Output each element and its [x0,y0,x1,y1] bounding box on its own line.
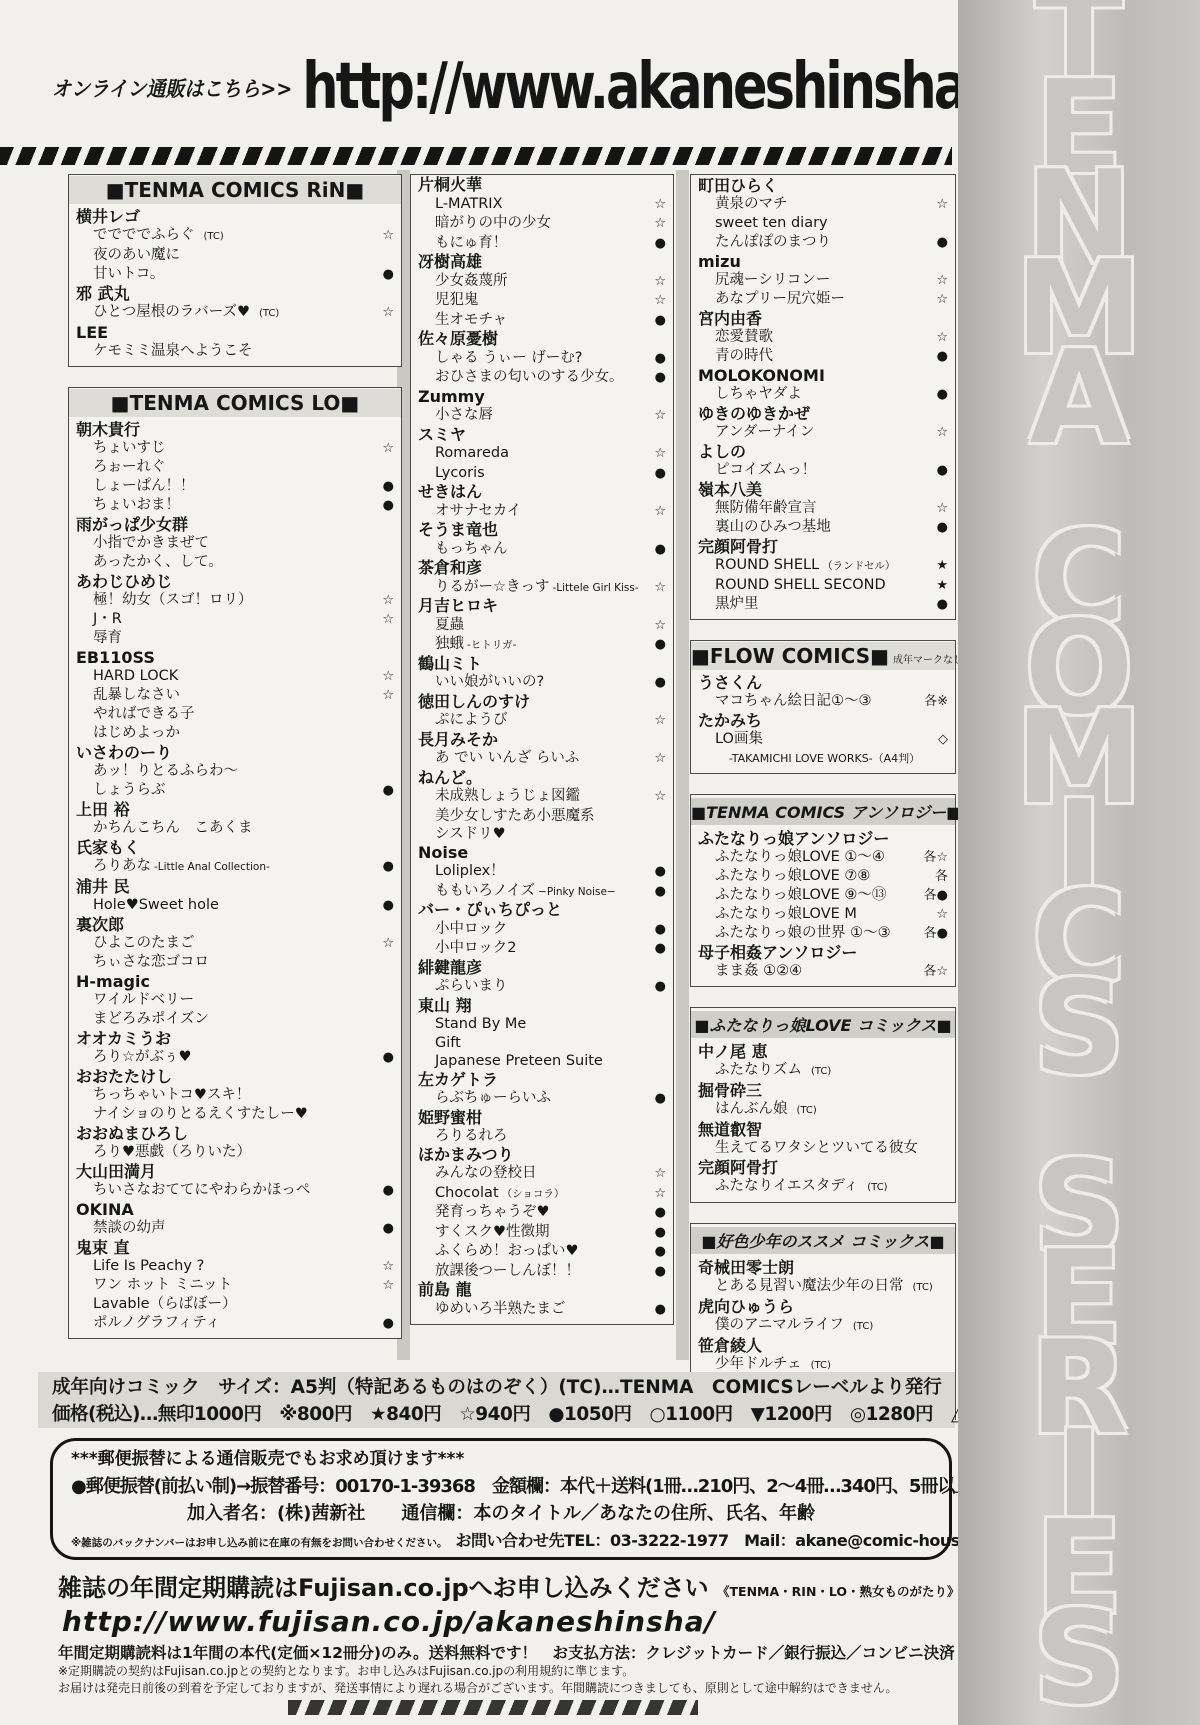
title-row: ちょいおま！● [76,496,394,515]
author-name: あわじひめじ [76,572,394,591]
catalog-column-left: ■TENMA COMICS RiN■横井レゴででででふらぐ(TC)☆夜のあい魔に… [68,174,402,1359]
book-title: みんなの登校日 [435,1164,537,1183]
book-title: HARD LOCK [93,667,178,686]
title-row: 夜のあい魔に [76,246,394,265]
book-title: J・R [93,610,122,629]
price-mark: ☆ [648,503,666,522]
series-sidebar: T E N M A C O M I C S S E R I E S [958,0,1200,1725]
catalog-block: ■FLOW COMICS■成年マークなしうさくんマコちゃん絵日記①〜③各※たかみ… [690,640,956,774]
book-title: ひよこのたまご [93,934,195,953]
title-row: 小さな唇☆ [418,406,666,426]
author-name: ねんど。 [418,769,666,788]
subscription-delivery-note: お届けは発売日前後の到着を予定しておりますが、発送事情により遅れる場合がございま… [58,1680,953,1697]
book-title: ぷにようび [435,711,508,730]
book-title: ケモミミ温泉へようこそ [93,342,253,361]
title-row: ももいろノイズ−Pinky Noise−● [418,882,666,902]
book-title: 極！幼女（スゴ！ロリ） [93,591,253,610]
book-title: ふたなりズム [715,1061,802,1080]
price-marks-legend: 価格(税込)…無印1000円 ※800円 ★840円 ☆940円 ●1050円 … [52,1401,941,1428]
price-mark: 各 [929,867,948,886]
price-mark: ● [931,233,948,252]
book-title: あなプリー尻穴姫ー [715,290,845,309]
book-title: しちゃヤダよ [715,385,802,404]
book-title: すくスク♥性徴期 [435,1223,550,1242]
title-row: ケモミミ温泉へようこそ [76,342,394,361]
author-name: おおたたけし [76,1067,394,1086]
author-name: 冴樹高雄 [418,253,666,272]
price-mark: ● [649,863,666,882]
author-name: いさわのーり [76,743,394,762]
book-title: ふたなりっ娘LOVE ⑨〜⑬ [715,886,886,905]
author-name: 東山 翔 [418,997,666,1016]
title-row: ろりあな-Little Anal Collection-● [76,857,394,877]
author-name: 姫野蜜柑 [418,1109,666,1128]
title-row: ふたなりズム(TC) [698,1061,948,1081]
title-row: Lavable（らばぼー） [76,1295,394,1314]
tc-label: (TC) [259,304,279,323]
title-row: Chocolat（ショコラ）☆ [418,1184,666,1204]
title-row: ポルノグラフィティ● [76,1314,394,1333]
tc-label: (TC) [867,1178,887,1197]
book-title: ひとつ屋根のラバーズ♥ [93,303,250,322]
postal-payee-info: 加入者名：(株)茜新社 通信欄：本のタイトル／あなたの住所、氏名、年齢 [71,1500,931,1527]
book-title: ピコイズムっ！ [715,461,816,480]
price-mark: ● [649,1090,666,1109]
title-row: ふたなりっ娘LOVE ①〜④各☆ [698,848,948,867]
title-row: ワイルドベリー [76,991,394,1010]
author-name: 佐々原憂樹 [418,330,666,349]
title-row: ひよこのたまご☆ [76,934,394,953]
book-title: 小さな唇 [435,406,493,425]
price-mark: ● [377,781,394,800]
price-mark: ● [649,921,666,940]
title-row: ぷにようび☆ [418,711,666,731]
title-row: りるがー☆きっす-Littele Girl Kiss-☆ [418,578,666,598]
title-row: ゆめいろ半熟たまご● [418,1300,666,1320]
section-header: ■ふたなりっ娘LOVE コミックス■ [691,1011,955,1038]
contact-info: お問い合わせ先TEL：03-3222-1977 Mail：akane@comic… [455,1527,1016,1554]
title-row: L-MATRIX☆ [418,195,666,215]
book-title: ふくらめ！おっぱい♥ [435,1242,579,1261]
title-row: ROUND SHELL（ランドセル）★ [698,556,948,576]
book-title: Lycoris [435,464,485,483]
book-title: しゃる うぃー げーむ? [435,349,582,368]
price-mark: ☆ [648,1185,666,1204]
book-title: 暗がりの中の少女 [435,214,551,233]
book-title: Japanese Preteen Suite [435,1052,603,1071]
title-row: ROUND SHELL SECOND★ [698,576,948,595]
price-mark: ● [377,1314,394,1333]
price-mark: ☆ [930,271,948,290]
title-row: マコちゃん絵日記①〜③各※ [698,692,948,711]
catalog-block: ■TENMA COMICS LO■朝木貴行ちょいすじ☆ろぉーれぐしょーぱん！！●… [68,387,402,1339]
book-title: 小中ロック2 [435,939,516,958]
price-mark: ● [649,1243,666,1262]
online-shop-lead-text: オンライン通販はこちら>> [52,73,292,103]
price-mark: ● [649,1224,666,1243]
book-title: 黒炉里 [715,595,759,614]
book-title: しょうらぶ [93,781,166,800]
book-title: ふたなりっ娘LOVE M [715,905,857,924]
author-name: ほかまみつり [418,1146,666,1165]
title-row: 独蛾-ヒトリガ-● [418,635,666,655]
book-title: まま姦 ①②④ [715,962,802,981]
author-name: EB110SS [76,648,394,667]
book-title: ででででふらぐ [93,226,195,245]
title-row: 恋愛賛歌☆ [698,328,948,347]
title-row: あなプリー尻穴姫ー☆ [698,290,948,309]
title-row: おひさまの匂いのする少女。● [418,368,666,388]
book-title: 発育っちゃうぞ♥ [435,1203,550,1222]
price-mark: ● [377,265,394,284]
tc-label: (TC) [853,1317,873,1336]
catalog-block: ■ふたなりっ娘LOVE コミックス■中ノ尾 恵ふたなりズム(TC)掘骨砕三はんぶ… [690,1007,956,1203]
book-title: マコちゃん絵日記①〜③ [715,692,872,711]
author-name: 雨がっぱ少女群 [76,515,394,534]
title-row: 裏山のひみつ基地● [698,518,948,537]
book-title: アンダーナイン [715,423,814,442]
author-name: おおぬまひろし [76,1124,394,1143]
price-mark: ● [377,857,394,876]
title-row: 乱暴しなさい☆ [76,686,394,705]
title-row: らぶちゅーらいふ● [418,1089,666,1109]
title-row: Loliplex！● [418,862,666,882]
price-mark: 各☆ [917,848,948,867]
price-mark: 各☆ [917,962,948,981]
title-row: 児犯鬼☆ [418,291,666,311]
title-row: はんぶん娘(TC) [698,1100,948,1120]
price-mark: ☆ [648,712,666,731]
price-mark: ☆ [648,407,666,426]
price-mark: ☆ [930,195,948,214]
author-name: 長月みそか [418,731,666,750]
title-row: しょうらぶ● [76,781,394,800]
author-name: Noise [418,844,666,863]
book-title: ぷらいまり [435,977,508,996]
author-name: 無道叡智 [698,1120,948,1139]
author-name: うさくん [698,673,948,692]
book-title: あ でい いんざ らいふ [435,749,579,768]
title-row: ワン ホット ミニット☆ [76,1276,394,1295]
title-row: 無防備年齢宣言☆ [698,499,948,518]
author-name: ゆきのゆきかぜ [698,404,948,423]
title-row: 黒炉里● [698,595,948,614]
title-row: ふくらめ！おっぱい♥● [418,1242,666,1262]
subscription-fee-note: 年間定期購読料は1年間の本代(定価×12冊分)のみ。送料無料です！ お支払方法：… [58,1641,953,1663]
price-mark: ● [649,674,666,693]
price-mark: ● [649,883,666,902]
author-name: 虎向ひゅうら [698,1297,948,1316]
book-title: 尻魂ーシリコンー [715,271,830,290]
author-name: 嶺本八美 [698,480,948,499]
author-name: オオカミうお [76,1029,394,1048]
title-row: ちぃさな恋ゴコロ [76,953,394,972]
title-row: オサナセカイ☆ [418,502,666,522]
price-mark: 各※ [918,692,948,711]
tc-label: (TC) [811,1062,831,1081]
title-row: ろりるれろ [418,1127,666,1146]
title-subtext: -Little Anal Collection- [154,858,270,877]
price-mark: ☆ [376,934,394,953]
title-row: あッ！りとるふらわ〜 [76,762,394,781]
title-row: 生えてるワタシとツいてる彼女 [698,1139,948,1158]
price-mark: ☆ [648,788,666,807]
author-name: 掘骨砕三 [698,1081,948,1100]
book-title: Lavable（らばぼー） [93,1295,237,1314]
price-mark: ● [377,477,394,496]
title-row: あったかく、して。 [76,553,394,572]
book-title: ちっちゃいトコ♥スキ！ [93,1086,250,1105]
book-title: 夏蟲 [435,616,464,635]
postal-order-box: ***郵便振替による通信販売でもお求め頂けます*** ●郵便振替(前払い制)→振… [50,1438,952,1560]
title-row: ふたなりっ娘LOVE M☆ [698,905,948,924]
author-name: 邪 武丸 [76,284,394,303]
author-name: OKINA [76,1200,394,1219]
book-title: まどろみポイズン [93,1010,209,1029]
price-mark: ☆ [648,196,666,215]
title-row: 小中ロック2● [418,939,666,959]
price-mark: ☆ [376,439,394,458]
title-row: ぷらいまり● [418,977,666,997]
title-subtext: -Littele Girl Kiss- [553,579,639,598]
book-title: 夜のあい魔に [93,246,180,265]
book-title: ワイルドベリー [93,991,194,1010]
book-title: ちいさなおててにやわらかほっぺ [93,1181,310,1200]
book-title: ポルノグラフィティ [93,1314,220,1333]
title-row: ふたなりっ娘の世界 ①〜③各● [698,924,948,943]
section-header: ■TENMA COMICS RiN■ [69,176,401,204]
online-shop-header: オンライン通販はこちら>> http://www.akaneshinsha.co… [52,58,942,117]
book-title: ももいろノイズ [435,882,535,901]
price-mark: ● [649,541,666,560]
title-row: 甘いトコ。● [76,265,394,284]
book-title: 独蛾 [435,635,464,654]
price-mark: ☆ [376,226,394,245]
sidebar-vertical-text: T E N M A C O M I C S S E R I E S [958,0,1200,1704]
title-row: Japanese Preteen Suite [418,1052,666,1071]
price-mark: ☆ [376,591,394,610]
author-name: たかみち [698,711,948,730]
title-row: ふたなりイエスタディ(TC) [698,1177,948,1197]
price-mark: ☆ [930,905,948,924]
author-name: スミヤ [418,426,666,445]
title-row: Lycoris● [418,464,666,484]
title-row: 生オモチャ● [418,311,666,331]
tc-label: (TC) [204,227,224,246]
backnumber-note: ※雑誌のバックナンバーはお申し込み前に在庫の有無をお問い合わせください。 [71,1530,447,1557]
author-name: 左カゲトラ [418,1071,666,1090]
author-name: 氏家もく [76,838,394,857]
title-row: 夏蟲☆ [418,616,666,636]
author-name: 鬼束 直 [76,1238,394,1257]
title-row: J・R☆ [76,610,394,629]
price-mark: ● [931,461,948,480]
title-row: みんなの登校日☆ [418,1164,666,1184]
title-row: たんぽぽのまつり● [698,233,948,252]
title-row: もっちゃん● [418,540,666,560]
title-row: 僕のアニマルライフ(TC) [698,1316,948,1336]
section-header: ■TENMA COMICS アンソロジー■ [691,798,955,825]
price-mark: ◇ [932,730,948,749]
title-subtext: （ランドセル） [822,557,895,576]
book-title: Stand By Me [435,1015,526,1034]
title-row: はじめよっか [76,724,394,743]
author-name: バー・ぴぃちぴっと [418,901,666,920]
price-mark: ☆ [930,290,948,309]
book-title: 甘いトコ。 [93,265,164,284]
catalog-column-middle: 片桐火華L-MATRIX☆暗がりの中の少女☆もにゅ育！●冴樹高雄少女姦蔑所☆児犯… [410,174,674,1345]
book-title: 小指でかきまぜて [93,534,209,553]
title-row: 黄泉のマチ☆ [698,195,948,214]
postal-transfer-info: ●郵便振替(前払い制)→振替番号：00170-1-39368 金額欄：本代＋送料… [71,1473,931,1500]
stripe-band-top [0,147,952,165]
book-title: 青の時代 [715,347,773,366]
book-title: 少女姦蔑所 [435,272,508,291]
book-title: 美少女しすたあ小悪魔系 [435,807,595,826]
author-name: ふたなりっ娘アンソロジー [698,829,948,848]
title-row: Gift [418,1034,666,1053]
author-name: そうま竜也 [418,521,666,540]
title-row: もにゅ育！● [418,234,666,254]
price-mark: ☆ [930,328,948,347]
price-mark: ☆ [648,215,666,234]
price-mark: ● [649,1263,666,1282]
book-title: 生オモチャ [435,311,507,330]
price-mark: ● [931,518,948,537]
title-row: 少女姦蔑所☆ [418,272,666,292]
tc-label: (TC) [797,1101,817,1120]
price-mark: ☆ [648,579,666,598]
title-row: まどろみポイズン [76,1010,394,1029]
book-title: かちんこちん こあくま [93,819,253,838]
book-title: おひさまの匂いのする少女。 [435,368,624,387]
book-title: いい娘がいいの? [435,673,544,692]
title-row: 未成熟しょうじょ図鑑☆ [418,787,666,807]
format-note: 成年向けコミック サイズ：A5判（特記あるものはのぞく） [52,1374,558,1401]
author-name: 宮内由香 [698,309,948,328]
book-title: あッ！りとるふらわ〜 [93,762,238,781]
book-title: しょーぱん！！ [93,477,195,496]
title-row: Hole♥Sweet hole● [76,896,394,915]
title-row: しちゃヤダよ● [698,385,948,404]
author-name: 完顔阿骨打 [698,537,948,556]
book-title: sweet ten diary [715,214,828,233]
price-mark: ☆ [376,667,394,686]
title-row: かちんこちん こあくま [76,819,394,838]
title-row: 禁談の幼声● [76,1219,394,1238]
postal-order-title: ***郵便振替による通信販売でもお求め頂けます*** [71,1446,931,1473]
author-name: 前島 龍 [418,1281,666,1300]
price-mark: ☆ [930,499,948,518]
book-title: Chocolat [435,1184,499,1203]
fujisan-url: http://www.fujisan.co.jp/akaneshinsha/ [62,1605,953,1638]
author-name: 徳田しんのすけ [418,693,666,712]
section-header: ■TENMA COMICS LO■ [69,389,401,417]
price-mark: ☆ [376,610,394,629]
title-row: 小中ロック● [418,920,666,940]
title-row: ちょいすじ☆ [76,439,394,458]
price-mark: ● [377,496,394,515]
book-title: 無防備年齢宣言 [715,499,817,518]
book-title: ろりるれろ [435,1127,508,1146]
author-name: 裏次郎 [76,915,394,934]
author-name: 大山田満月 [76,1162,394,1181]
price-mark: ☆ [930,423,948,442]
author-name: LEE [76,323,394,342]
title-row: 小指でかきまぜて [76,534,394,553]
tc-label-note: (TC)…TENMA COMICSレーベルより発行 [558,1374,941,1401]
price-mark: ● [649,978,666,997]
book-title: Romareda [435,444,509,463]
tc-label: (TC) [913,1278,933,1297]
author-name: 月吉ヒロキ [418,597,666,616]
section-header-note: 成年マークなし [893,655,963,666]
title-row: いい娘がいいの?● [418,673,666,693]
price-mark: ● [931,385,948,404]
title-row: すくスク♥性徴期● [418,1223,666,1243]
author-name: 中ノ尾 恵 [698,1042,948,1061]
price-mark: ● [377,1048,394,1067]
price-mark: ● [649,465,666,484]
author-name: 笹倉綾人 [698,1336,948,1355]
author-name: 母子相姦アンソロジー [698,943,948,962]
book-title: 恋愛賛歌 [715,328,773,347]
book-title: ちぃさな恋ゴコロ [93,953,209,972]
book-title: 小中ロック [435,920,507,939]
catalog-block: ■TENMA COMICS アンソロジー■ふたなりっ娘アンソロジーふたなりっ娘L… [690,794,956,987]
book-title: たんぽぽのまつり [715,233,831,252]
book-title: 放課後つーしんぼ！！ [435,1262,580,1281]
book-title: はんぶん娘 [715,1100,788,1119]
price-mark: ● [377,896,394,915]
book-title: Gift [435,1034,461,1053]
author-name: 鶴山ミト [418,655,666,674]
title-row: Life Is Peachy ?☆ [76,1257,394,1276]
book-title: Hole♥Sweet hole [93,896,219,915]
catalog-column-right: 町田ひらく黄泉のマチ☆sweet ten diaryたんぽぽのまつり●mizu尻… [690,174,956,1440]
price-mark: ★ [930,576,948,595]
title-row: LO画集◇ [698,730,948,749]
price-mark: ● [649,636,666,655]
title-row: 美少女しすたあ小悪魔系 [418,807,666,826]
author-name: 奇械田零士朗 [698,1258,948,1277]
book-title: はじめよっか [93,724,180,743]
price-mark: ● [649,312,666,331]
book-title: ふたなりイエスタディ [715,1177,858,1196]
price-mark: ☆ [648,445,666,464]
book-title: りるがー☆きっす [435,578,550,597]
book-title: ろり☆がぶぅ♥ [93,1048,192,1067]
title-row: 発育っちゃうぞ♥● [418,1203,666,1223]
title-row: -TAKAMICHI LOVE WORKS-（A4判） [698,749,948,768]
catalog-block: ■TENMA COMICS RiN■横井レゴででででふらぐ(TC)☆夜のあい魔に… [68,174,402,367]
price-legend: 成年向けコミック サイズ：A5判（特記あるものはのぞく） (TC)…TENMA … [38,1372,955,1428]
author-name: MOLOKONOMI [698,366,948,385]
title-row: ふたなりっ娘LOVE ⑦⑧各 [698,867,948,886]
title-subtext: −Pinky Noise− [538,883,616,902]
title-row: しゃる うぃー げーむ?● [418,349,666,369]
book-title: 僕のアニマルライフ [715,1316,844,1335]
book-title: らぶちゅーらいふ [435,1089,551,1108]
book-title: ちょいおま！ [93,496,180,515]
book-title: とある見習い魔法少年の日常 [715,1277,904,1296]
title-row: ろぉーれぐ [76,458,394,477]
book-title: 未成熟しょうじょ図鑑 [435,787,580,806]
price-mark: ☆ [376,303,394,322]
price-mark: ☆ [648,273,666,292]
book-title: ふたなりっ娘LOVE ⑦⑧ [715,867,870,886]
price-mark: ● [931,347,948,366]
